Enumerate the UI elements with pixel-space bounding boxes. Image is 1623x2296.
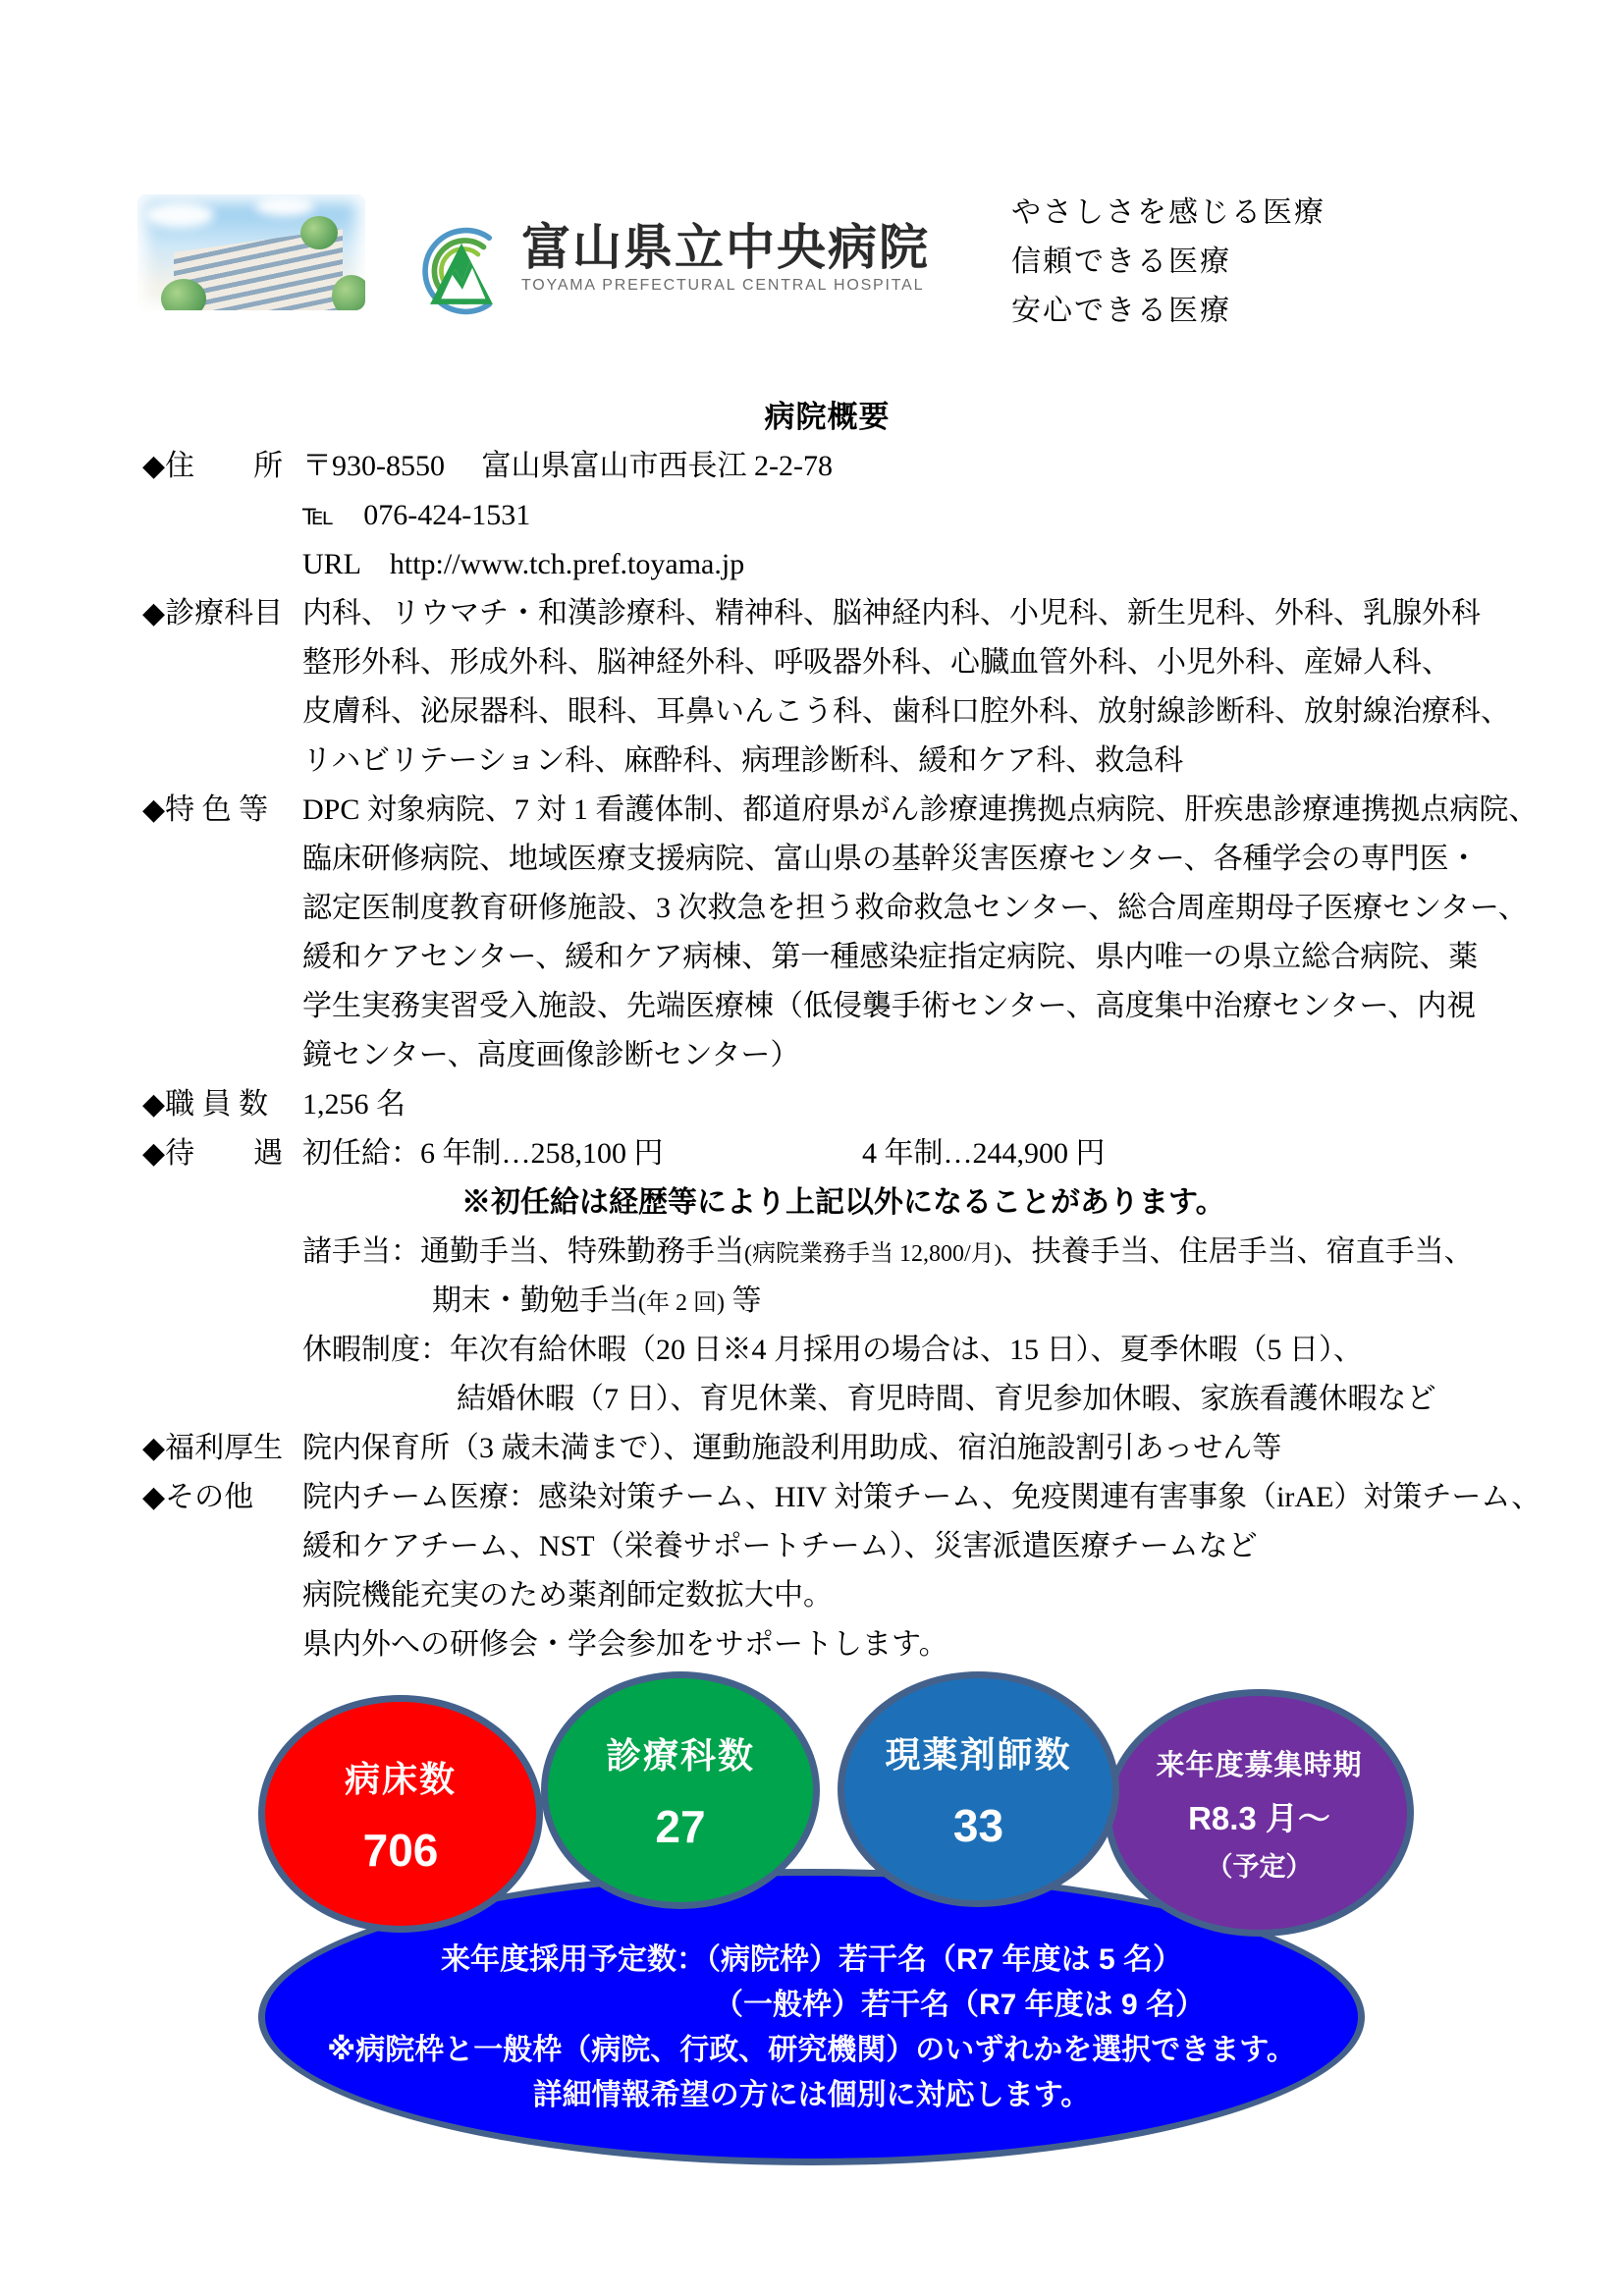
page-title: 病院概要: [142, 393, 1512, 442]
banner-text-bold: （R7 年度は 5 名）: [927, 1943, 1182, 1976]
document-body: 病院概要 ◆住 所〒930-8550 富山県富山市西長江 2-2-78 ℡ 07…: [142, 393, 1512, 1669]
slogan-line: やさしさを感じる医療: [1011, 189, 1325, 238]
cloud-shape: [145, 202, 214, 228]
tree-shape: [332, 275, 365, 310]
url-link[interactable]: URL http://www.tch.pref.toyama.jp: [302, 548, 744, 580]
features-line: 鏡センター、高度画像診断センター）: [142, 1031, 1512, 1080]
tree-shape: [161, 279, 206, 310]
banner-text: 来年度採用予定数：（病院枠）若干名: [441, 1943, 927, 1976]
banner-line-1: 来年度採用予定数：（病院枠）若干名（R7 年度は 5 名）: [265, 1935, 1358, 1978]
other-line: 院内チーム医療：感染対策チーム、HIV 対策チーム、免疫関連有害事象（irAE）…: [302, 1481, 1541, 1513]
allowance-row: 諸手当：通勤手当、特殊勤務手当(病院業務手当 12,800/月)、扶養手当、住居…: [142, 1228, 1512, 1277]
welfare-label: ◆福利厚生: [142, 1424, 302, 1473]
salary-4yr: 4 年制…244,900 円: [862, 1129, 1106, 1178]
stat-ellipse-beds: 病床数 706: [258, 1695, 543, 1933]
salary-note: ※初任給は経歴等により上記以外になることがあります。: [142, 1178, 1512, 1228]
allowance-detail: (年 2 回): [638, 1290, 725, 1316]
leave-row: 休暇制度：年次有給休暇（20 日※4 月採用の場合は、15 日）、夏季休暇（5 …: [142, 1326, 1512, 1375]
features-row: ◆特 色 等DPC 対象病院、7 対 1 看護体制、都道府県がん診療連携拠点病院…: [142, 786, 1512, 835]
hospital-logo-text: 富山県立中央病院 TOYAMA PREFECTURAL CENTRAL HOSP…: [521, 222, 930, 295]
banner-line-4: 詳細情報希望の方には個別に対応します。: [265, 2070, 1358, 2113]
tree-shape: [300, 216, 338, 249]
staff-row: ◆職 員 数1,256 名: [142, 1080, 1512, 1129]
address-label: ◆住 所: [142, 442, 302, 491]
departments-row: ◆診療科目内科、リウマチ・和漢診療科、精神科、脳神経内科、小児科、新生児科、外科…: [142, 589, 1512, 638]
allowance-detail: (病院業務手当 12,800/月): [744, 1241, 1002, 1267]
stat-value: 27: [655, 1800, 705, 1853]
stat-ellipse-departments: 診療科数 27: [541, 1671, 820, 1909]
banner-line-3: ※病院枠と一般枠（病院、行政、研究機関）のいずれかを選択できます。: [265, 2025, 1358, 2068]
hospital-name: 富山県立中央病院: [521, 222, 930, 274]
stat-value: 706: [363, 1824, 439, 1877]
welfare-row: ◆福利厚生院内保育所（3 歳未満まで）、運動施設利用助成、宿泊施設割引あっせん等: [142, 1424, 1512, 1473]
slogan-line: 信頼できる医療: [1011, 238, 1325, 287]
hospital-photo: [137, 194, 365, 310]
hospital-logo: 富山県立中央病院 TOYAMA PREFECTURAL CENTRAL HOSP…: [415, 222, 930, 320]
other-line: 県内外への研修会・学会参加をサポートします。: [142, 1620, 1512, 1669]
allowance-text: 、扶養手当、住居手当、宿直手当、: [1002, 1235, 1474, 1268]
tel-row: ℡ 076-424-1531: [142, 491, 1512, 540]
allowance-row-2: 期末・勤勉手当(年 2 回) 等: [142, 1277, 1512, 1326]
stat-value: R8.3 月～: [1188, 1793, 1330, 1839]
features-line: 緩和ケアセンター、緩和ケア病棟、第一種感染症指定病院、県内唯一の県立総合病院、薬: [142, 933, 1512, 982]
compensation-label: ◆待 遇: [142, 1129, 302, 1178]
stat-value: 33: [953, 1799, 1003, 1852]
allowance-text: 諸手当：通勤手当、特殊勤務手当: [302, 1235, 744, 1268]
stat-ellipse-recruitment: 来年度募集時期 R8.3 月～ （予定）: [1105, 1689, 1414, 1937]
leave-row-2: 結婚休暇（7 日）、育児休業、育児時間、育児参加休暇、家族看護休暇など: [142, 1375, 1512, 1424]
departments-line: 皮膚科、泌尿器科、眼科、耳鼻いんこう科、歯科口腔外科、放射線診断科、放射線治療科…: [142, 687, 1512, 737]
stat-label: 病床数: [345, 1752, 457, 1802]
features-line: 認定医制度教育研修施設、3 次救急を担う救命救急センター、総合周産期母子医療セン…: [142, 884, 1512, 933]
url-row: URL http://www.tch.pref.toyama.jp: [142, 540, 1512, 589]
other-line: 病院機能充実のため薬剤師定数拡大中。: [142, 1571, 1512, 1620]
departments-line: 整形外科、形成外科、脳神経外科、呼吸器外科、心臓血管外科、小児外科、産婦人科、: [142, 638, 1512, 687]
stat-ellipse-pharmacists: 現薬剤師数 33: [838, 1671, 1119, 1907]
features-line: 臨床研修病院、地域医療支援病院、富山県の基幹災害医療センター、各種学会の専門医・: [142, 835, 1512, 884]
features-label: ◆特 色 等: [142, 786, 302, 835]
slogan-list: やさしさを感じる医療 信頼できる医療 安心できる医療: [1011, 189, 1325, 336]
tel-value: ℡ 076-424-1531: [302, 499, 530, 531]
welfare-text: 院内保育所（3 歳未満まで）、運動施設利用助成、宿泊施設割引あっせん等: [302, 1432, 1281, 1464]
banner-line-2: （一般枠）若干名（R7 年度は 9 名）: [265, 1980, 1358, 2023]
salary-6yr: 初任給：6 年制…258,100 円: [302, 1137, 664, 1170]
stat-label: 来年度募集時期: [1156, 1743, 1362, 1783]
departments-line: リハビリテーション科、麻酔科、病理診断科、緩和ケア科、救急科: [142, 737, 1512, 786]
hospital-name-en: TOYAMA PREFECTURAL CENTRAL HOSPITAL: [521, 277, 930, 295]
address-value: 〒930-8550 富山県富山市西長江 2-2-78: [302, 450, 833, 482]
banner-text: （一般枠）若干名: [714, 1989, 949, 2021]
other-line: 緩和ケアチーム、NST（栄養サポートチーム）、災害派遣医療チームなど: [142, 1522, 1512, 1571]
allowance-text: 等: [725, 1285, 762, 1317]
stat-label: 現薬剤師数: [885, 1727, 1071, 1777]
departments-line: 内科、リウマチ・和漢診療科、精神科、脳神経内科、小児科、新生児科、外科、乳腺外科: [302, 597, 1481, 629]
staff-label: ◆職 員 数: [142, 1080, 302, 1129]
allowance-text: 期末・勤勉手当: [432, 1285, 638, 1317]
cloud-shape: [255, 196, 314, 216]
banner-text-bold: （R7 年度は 9 名）: [949, 1989, 1205, 2021]
page: 富山県立中央病院 TOYAMA PREFECTURAL CENTRAL HOSP…: [0, 0, 1623, 2296]
staff-count: 1,256 名: [302, 1088, 406, 1121]
other-row: ◆その他院内チーム医療：感染対策チーム、HIV 対策チーム、免疫関連有害事象（i…: [142, 1473, 1512, 1522]
other-label: ◆その他: [142, 1473, 302, 1522]
compensation-row: ◆待 遇初任給：6 年制…258,100 円 4 年制…244,900 円: [142, 1129, 1512, 1178]
stat-label: 診療科数: [606, 1728, 755, 1778]
departments-label: ◆診療科目: [142, 589, 302, 638]
hospital-logo-icon: [415, 222, 508, 320]
slogan-line: 安心できる医療: [1011, 287, 1325, 336]
features-line: 学生実務実習受入施設、先端医療棟（低侵襲手術センター、高度集中治療センター、内視: [142, 982, 1512, 1031]
address-row: ◆住 所〒930-8550 富山県富山市西長江 2-2-78: [142, 442, 1512, 491]
stat-note: （予定）: [1207, 1845, 1313, 1884]
features-line: DPC 対象病院、7 対 1 看護体制、都道府県がん診療連携拠点病院、肝疾患診療…: [302, 793, 1538, 826]
